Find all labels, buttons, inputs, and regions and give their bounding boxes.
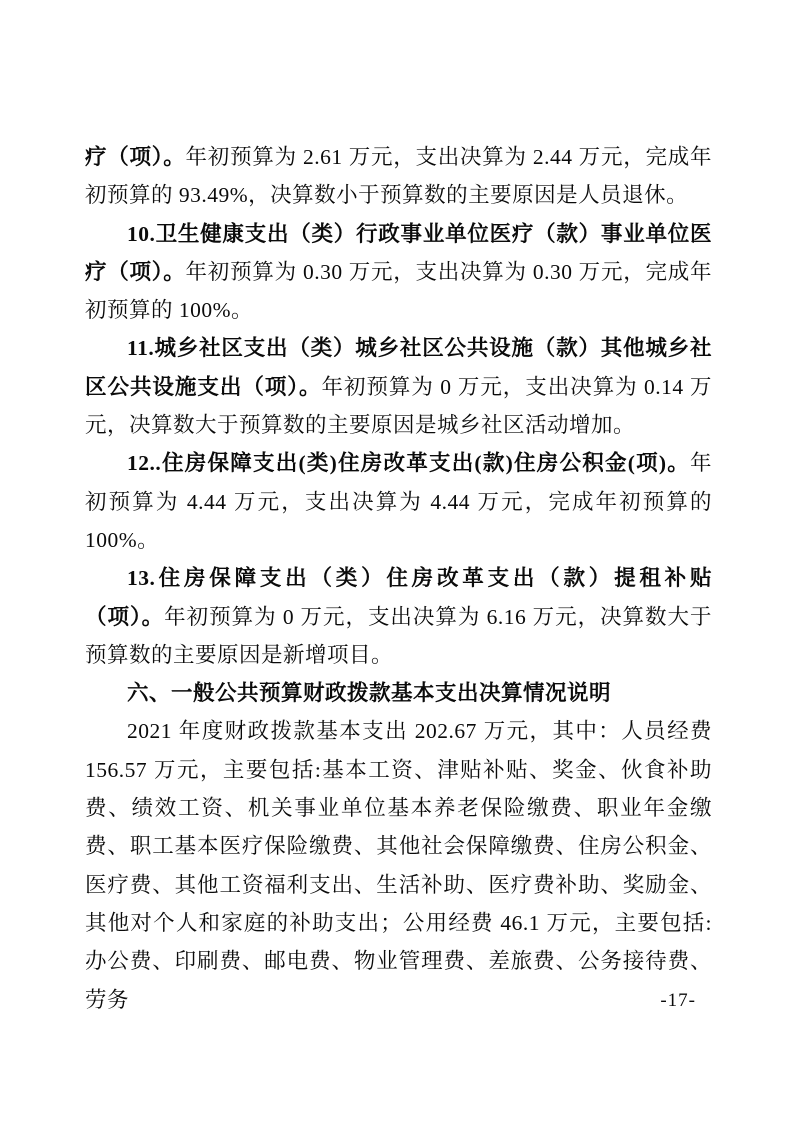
paragraph-body-text: 2021 年度财政拨款基本支出 202.67 万元，其中：人员经费 156.57… xyxy=(85,719,712,1011)
document-page: 疗（项）。年初预算为 2.61 万元，支出决算为 2.44 万元，完成年初预算的… xyxy=(0,0,793,1122)
paragraph-medical-continuation: 疗（项）。年初预算为 2.61 万元，支出决算为 2.44 万元，完成年初预算的… xyxy=(85,138,712,215)
paragraph-basic-expense: 2021 年度财政拨款基本支出 202.67 万元，其中：人员经费 156.57… xyxy=(85,712,712,1018)
paragraph-lead-bold: 疗（项）。 xyxy=(85,145,186,169)
paragraph-item-12: 12..住房保障支出(类)住房改革支出(款)住房公积金(项)。年初预算为 4.4… xyxy=(85,444,712,559)
paragraph-item-13: 13.住房保障支出（类）住房改革支出（款）提租补贴（项）。年初预算为 0 万元，… xyxy=(85,559,712,674)
paragraph-lead-bold: 12..住房保障支出(类)住房改革支出(款)住房公积金(项)。 xyxy=(127,451,690,475)
paragraph-body-text: 年初预算为 0 万元，支出决算为 6.16 万元，决算数大于预算数的主要原因是新… xyxy=(85,605,712,667)
paragraph-item-11: 11.城乡社区支出（类）城乡社区公共设施（款）其他城乡社区公共设施支出（项）。年… xyxy=(85,329,712,444)
section-heading-six: 六、一般公共预算财政拨款基本支出决算情况说明 xyxy=(85,674,712,712)
paragraph-item-10: 10.卫生健康支出（类）行政事业单位医疗（款）事业单位医疗（项）。年初预算为 0… xyxy=(85,215,712,330)
page-number: -17- xyxy=(660,990,696,1012)
document-body: 疗（项）。年初预算为 2.61 万元，支出决算为 2.44 万元，完成年初预算的… xyxy=(85,138,712,1019)
